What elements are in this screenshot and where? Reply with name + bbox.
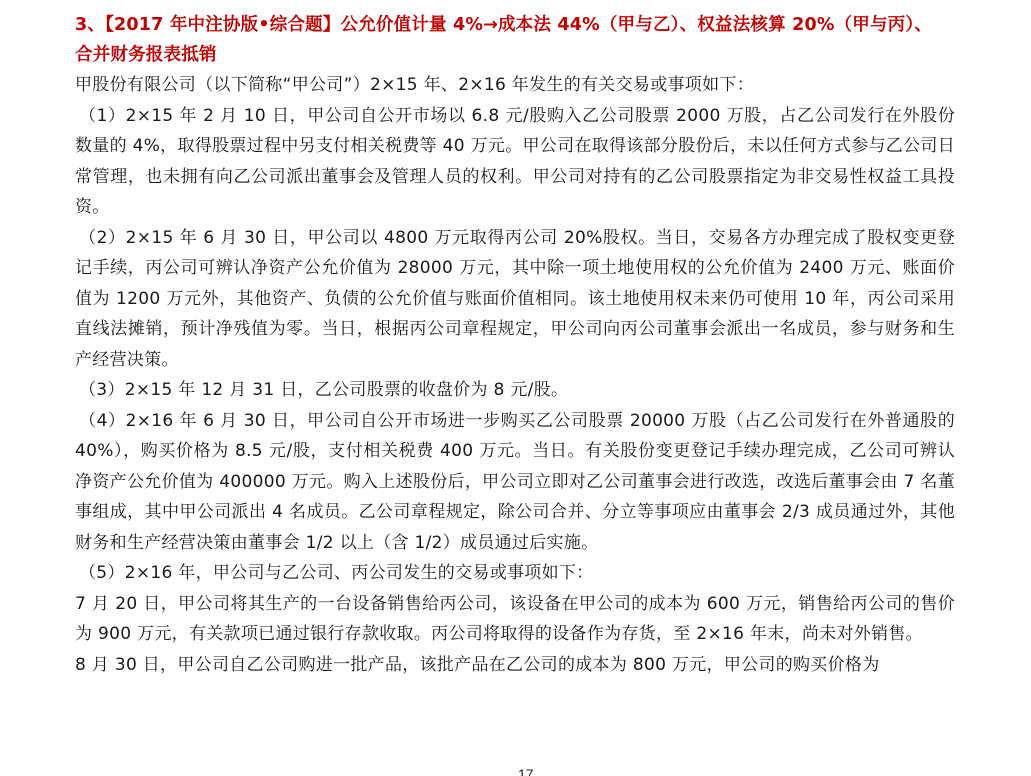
document-page: 3、【2017 年中注协版•综合题】公允价值计量 4%→成本法 44%（甲与乙）… bbox=[75, 0, 955, 680]
question-title: 3、【2017 年中注协版•综合题】公允价值计量 4%→成本法 44%（甲与乙）… bbox=[75, 10, 955, 70]
item-5-paragraph: （5）2×16 年，甲公司与乙公司、丙公司发生的交易或事项如下： bbox=[75, 558, 955, 589]
item-3-paragraph: （3）2×15 年 12 月 31 日，乙公司股票的收盘价为 8 元/股。 bbox=[75, 375, 955, 406]
question-title-line-1: 3、【2017 年中注协版•综合题】公允价值计量 4%→成本法 44%（甲与乙）… bbox=[75, 15, 932, 35]
item-4-paragraph: （4）2×16 年 6 月 30 日，甲公司自公开市场进一步购买乙公司股票 20… bbox=[75, 406, 955, 559]
intro-paragraph: 甲股份有限公司（以下简称“甲公司”）2×15 年、2×16 年发生的有关交易或事… bbox=[75, 70, 955, 101]
page-number: 17 bbox=[518, 766, 534, 776]
sub-item-july-20: 7 月 20 日，甲公司将其生产的一台设备销售给丙公司，该设备在甲公司的成本为 … bbox=[75, 589, 955, 650]
question-title-line-2: 合并财务报表抵销 bbox=[75, 45, 217, 65]
sub-item-august-30: 8 月 30 日，甲公司自乙公司购进一批产品，该批产品在乙公司的成本为 800 … bbox=[75, 650, 955, 681]
item-2-paragraph: （2）2×15 年 6 月 30 日，甲公司以 4800 万元取得丙公司 20%… bbox=[75, 223, 955, 376]
item-1-paragraph: （1）2×15 年 2 月 10 日，甲公司自公开市场以 6.8 元/股购入乙公… bbox=[75, 101, 955, 223]
